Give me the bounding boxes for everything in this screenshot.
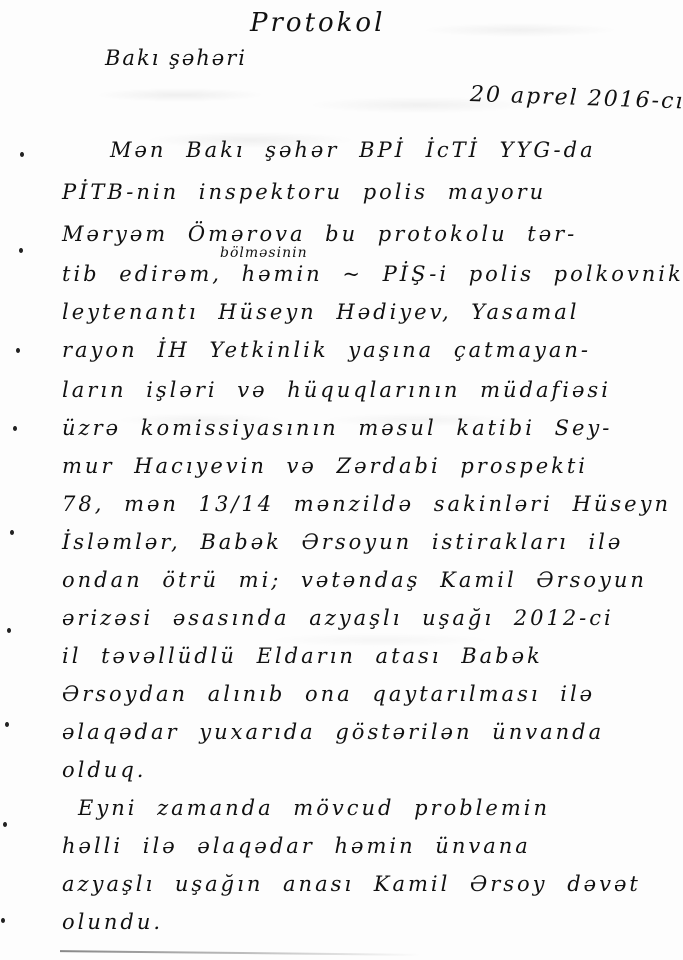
text-line: Məryəm Ömərova bu protokolu tər- [62,222,577,246]
margin-hole-mark [7,628,11,633]
margin-hole-mark [3,822,7,827]
margin-hole-mark [10,530,14,535]
text-line: İsləmlər, Babək Ərsoyun istirakları ilə [62,530,623,554]
text-line: tib edirəm, həmin ~ PİŞ-i polis polkovni… [62,262,683,286]
scanned-handwritten-page: Protokol Bakı şəhəri 20 aprel 2016-cı il… [0,0,683,960]
document-date: 20 aprel 2016-cı il [470,82,683,115]
margin-hole-mark [5,722,9,727]
margin-hole-mark [20,152,24,157]
text-line: Ərsoydan alınıb ona qaytarılması ilə [62,682,595,706]
text-line: Mən Bakı şəhər BPİ İcTİ YYG-da [110,138,596,162]
text-line: olundu. [62,910,163,934]
text-line: mur Hacıyevin və Zərdabi prospekti [62,454,588,478]
text-line: həlli ilə əlaqədar həmin ünvana [62,834,531,858]
text-line: rayon İH Yetkinlik yaşına çatmayan- [62,338,591,362]
document-place: Bakı şəhəri [105,46,247,70]
text-line: azyaşlı uşağın anası Kamil Ərsoy dəvət [62,872,641,896]
text-line: əlaqədar yuxarıda göstərilən ünvanda [62,720,604,744]
margin-hole-mark [19,248,23,253]
margin-hole-mark [13,426,17,431]
text-line: PİTB-nin inspektoru polis mayoru [62,180,546,204]
text-line: 78, mən 13/14 mənzildə sakinləri Hüseyn [62,492,671,516]
text-line: ərizəsi əsasında azyaşlı uşağı 2012-ci [62,606,614,630]
text-line: leytenantı Hüseyn Hədiyev, Yasamal [62,300,580,324]
text-line: ondan ötrü mi; vətəndaş Kamil Ərsoyun [62,568,647,592]
margin-hole-mark [16,348,20,353]
text-line: Eyni zamanda mövcud problemin [78,796,550,820]
page-edge-shadow [60,950,420,956]
text-line: üzrə komissiyasının məsul katibi Sey- [62,416,612,440]
text-line: ların işləri və hüquqlarının müdafiəsi [62,378,611,402]
document-title: Protokol [250,8,385,38]
text-line: olduq. [62,758,146,782]
margin-hole-mark [1,918,5,923]
interlinear-insertion: bölməsinin [220,245,308,261]
text-line: il təvəllüdlü Eldarın atası Babək [62,644,543,668]
